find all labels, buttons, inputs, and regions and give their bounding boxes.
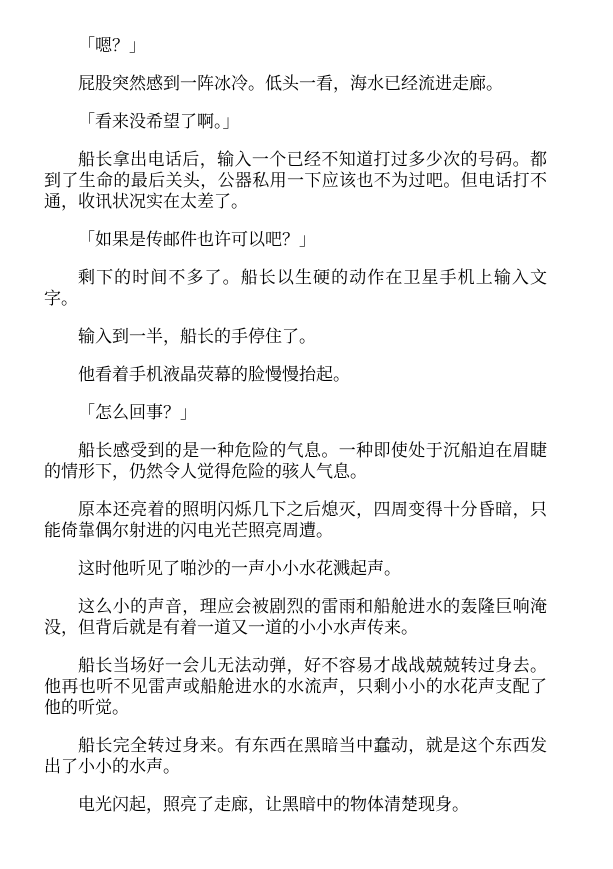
paragraph-dialogue: 「怎么回事？」 <box>44 403 547 424</box>
paragraph: 输入到一半，船长的手停住了。 <box>44 327 547 348</box>
paragraph: 电光闪起，照亮了走廊，让黑暗中的物体清楚现身。 <box>44 795 547 816</box>
paragraph: 这时他听见了啪沙的一声小小水花溅起声。 <box>44 559 547 580</box>
paragraph-dialogue: 「看来没希望了啊。」 <box>44 112 547 133</box>
paragraph: 船长当场好一会儿无法动弹，好不容易才战战兢兢转过身去。他再也听不见雷声或船舱进水… <box>44 656 547 719</box>
paragraph: 原本还亮着的照明闪烁几下之后熄灭，四周变得十分昏暗，只能倚靠偶尔射进的闪电光芒照… <box>44 500 547 542</box>
paragraph: 船长完全转过身来。有东西在黑暗当中蠢动，就是这个东西发出了小小的水声。 <box>44 736 547 778</box>
paragraph-dialogue: 「嗯？」 <box>44 36 547 57</box>
document-page: 「嗯？」 屁股突然感到一阵冰冷。低头一看，海水已经流进走廊。 「看来没希望了啊。… <box>0 0 613 869</box>
paragraph: 他看着手机液晶荧幕的脸慢慢抬起。 <box>44 365 547 386</box>
paragraph: 这么小的声音，理应会被剧烈的雷雨和船舱进水的轰隆巨响淹没，但背后就是有着一道又一… <box>44 597 547 639</box>
paragraph: 船长感受到的是一种危险的气息。一种即使处于沉船迫在眉睫的情形下，仍然令人觉得危险… <box>44 441 547 483</box>
paragraph: 船长拿出电话后，输入一个已经不知道打过多少次的号码。都到了生命的最后关头，公器私… <box>44 150 547 213</box>
paragraph: 剩下的时间不多了。船长以生硬的动作在卫星手机上输入文字。 <box>44 268 547 310</box>
paragraph-dialogue: 「如果是传邮件也许可以吧？」 <box>44 230 547 251</box>
paragraph: 屁股突然感到一阵冰冷。低头一看，海水已经流进走廊。 <box>44 74 547 95</box>
